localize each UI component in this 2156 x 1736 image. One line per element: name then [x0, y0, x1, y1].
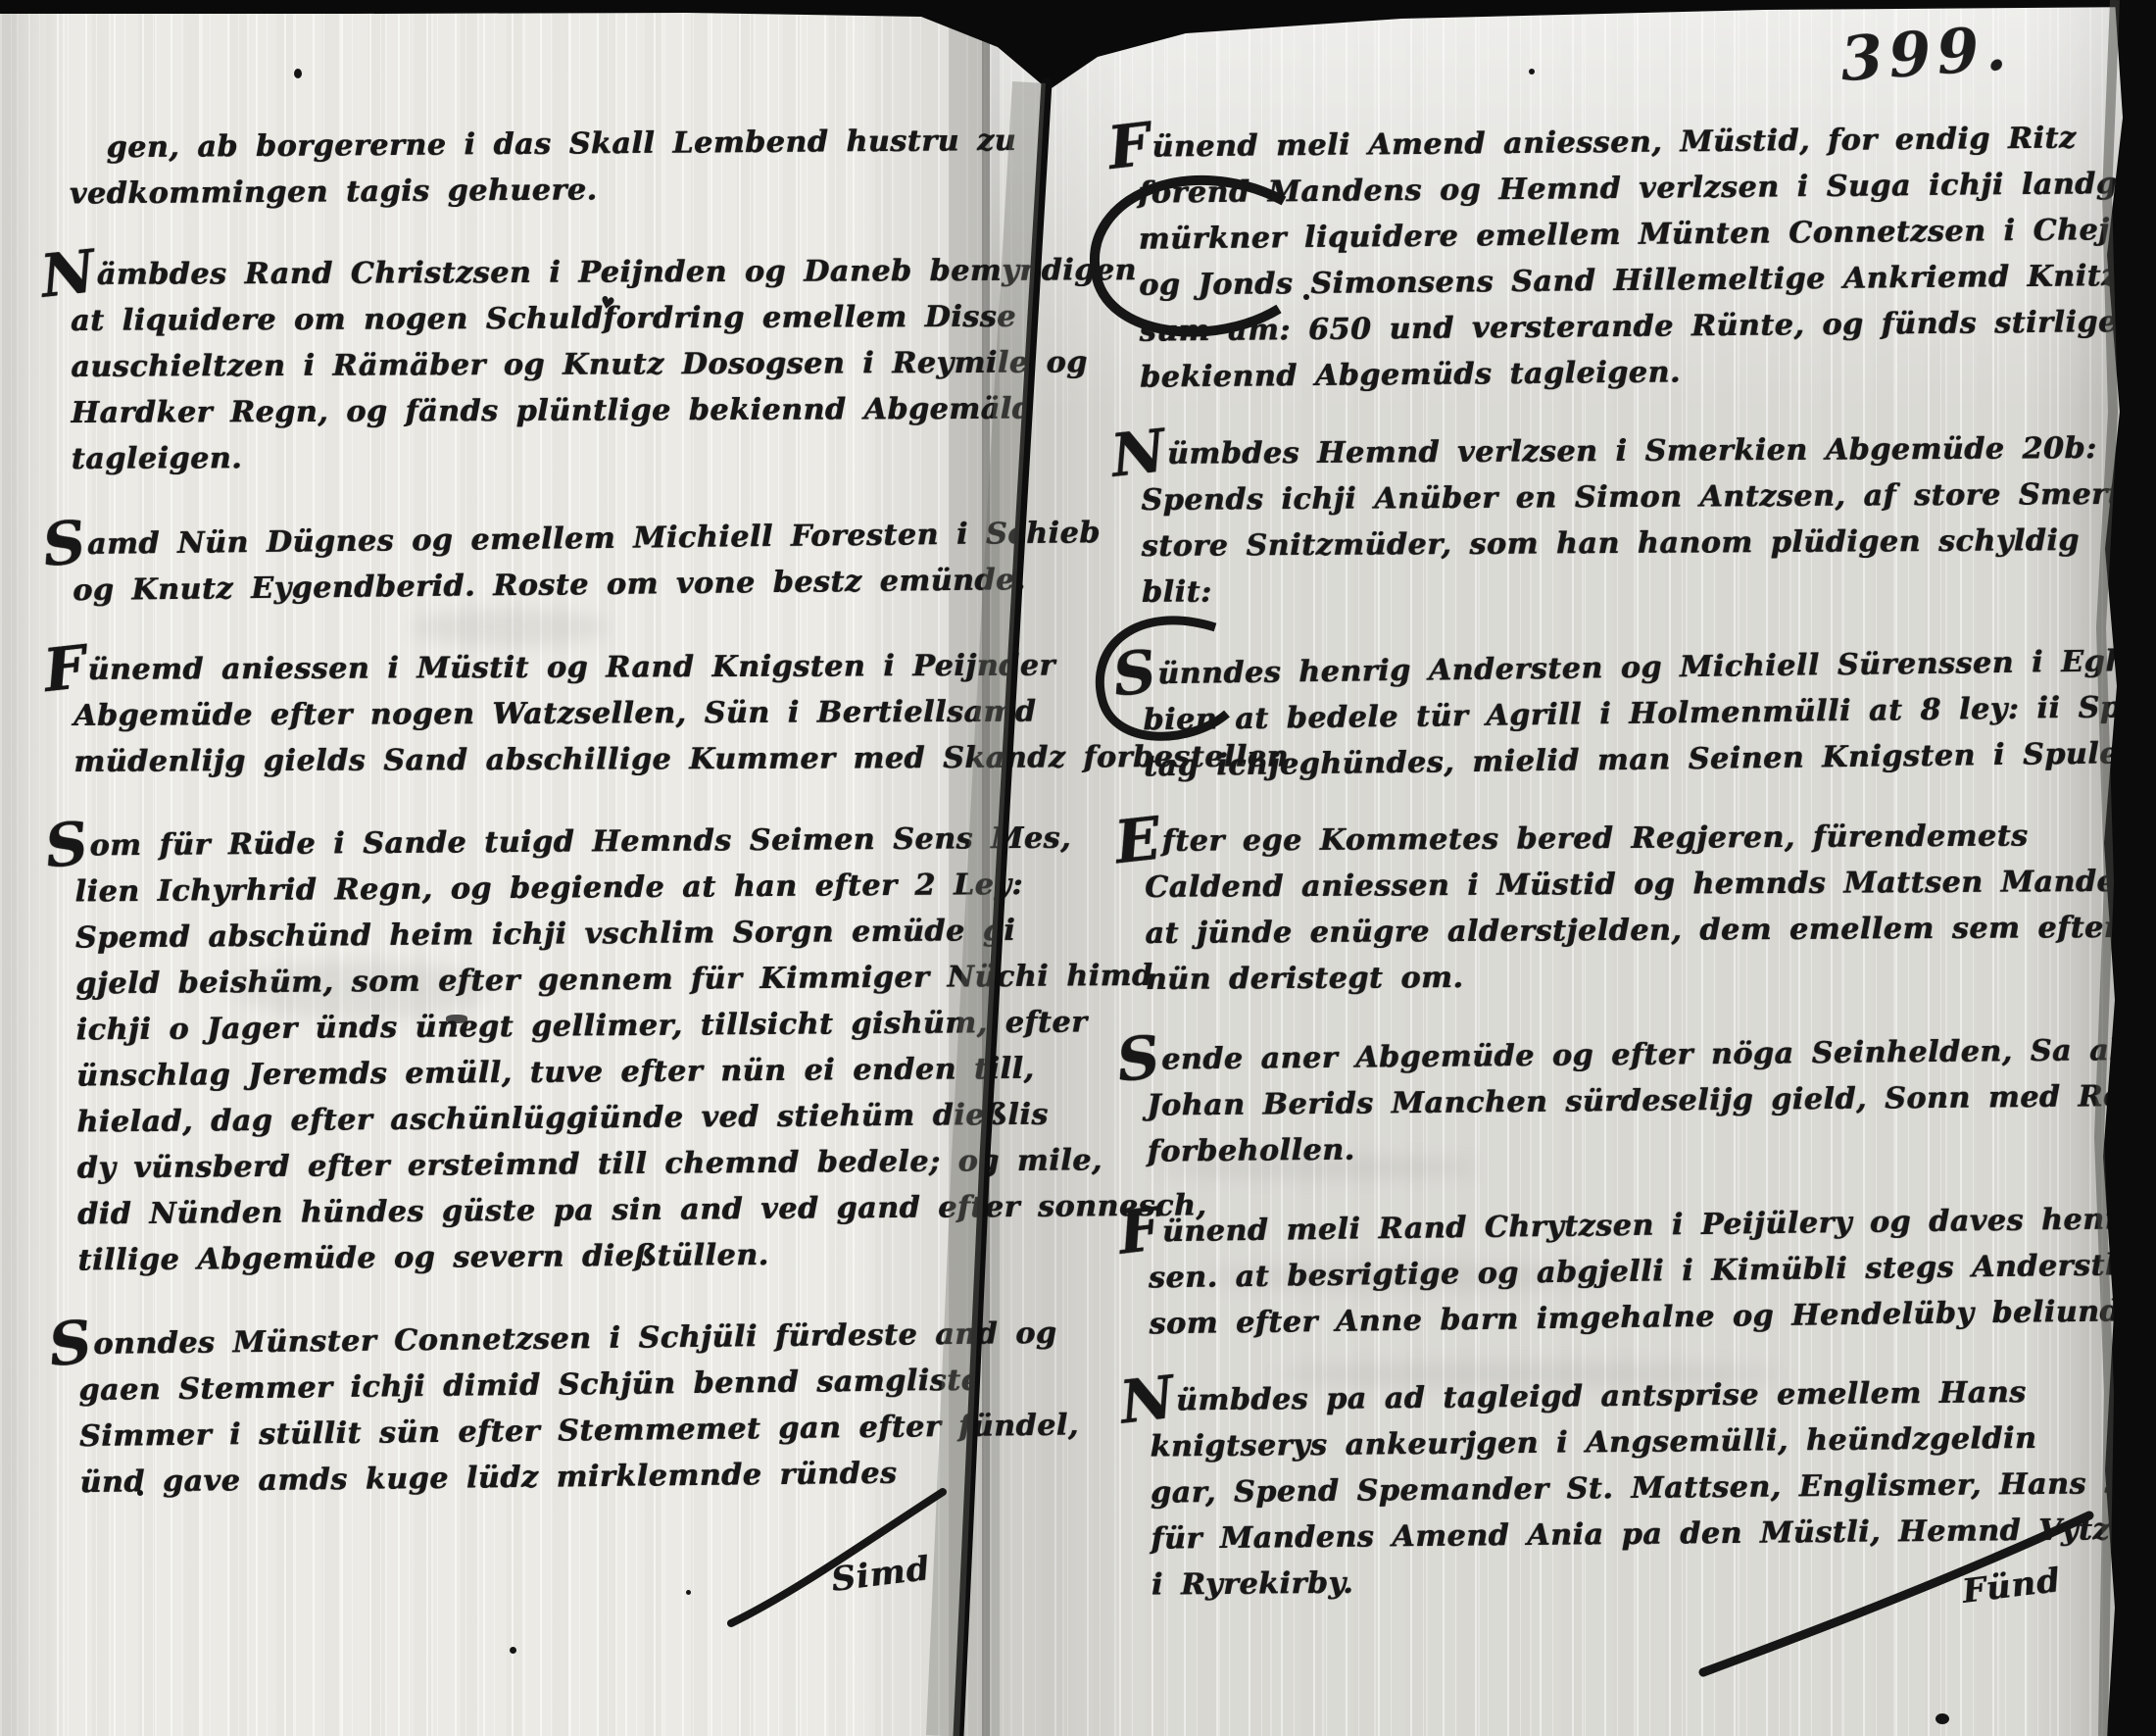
manuscript-paragraph: Som für Rüde i Sande tuigd Hemnds Seimen…	[74, 816, 970, 1283]
initial-letter-flourish: F	[1108, 144, 1150, 149]
manuscript-line: nün deristegt om.	[1146, 951, 2111, 1003]
initial-letter-flourish: S	[49, 1342, 91, 1347]
manuscript-line: Spends ichji Anüber en Simon Antzsen, af…	[1141, 471, 2106, 523]
ink-speck	[1303, 294, 1309, 300]
manuscript-line: ichji o Jager ünds ünegt gellimer, tills…	[75, 1000, 967, 1053]
initial-letter-flourish: N	[1111, 451, 1165, 457]
manuscript-line: Nümbdes Hemnd verlzsen i Smerkien Abgemü…	[1141, 425, 2106, 477]
manuscript-line: vedkommingen tagis gehuere.	[70, 164, 961, 217]
manuscript-line: Som für Rüde i Sande tuigd Hemnds Seimen…	[74, 816, 966, 868]
manuscript-line: did Nünden hündes güste pa sin and ved g…	[77, 1184, 969, 1237]
manuscript-line: Abgemüde efter nogen Watzsellen, Sün i B…	[73, 689, 965, 739]
manuscript-photo: gen, ab borgererne i das Skall Lembend h…	[0, 0, 2156, 1736]
manuscript-paragraph: Sünndes henrig Andersten og Michiell Sür…	[1143, 639, 2110, 790]
manuscript-paragraph: Samd Nün Dügnes og emellem Michiell Fore…	[72, 512, 964, 614]
ink-speck	[510, 1647, 516, 1654]
manuscript-line: at liquidere om nogen Schuldfordring eme…	[71, 294, 962, 344]
manuscript-line: hielad, dag efter aschünlüggiünde ved st…	[76, 1092, 968, 1145]
manuscript-paragraph: Fünend meli Rand Chrytzsen i Peijülery o…	[1148, 1197, 2115, 1348]
manuscript-paragraph: Sende aner Abgemüde og efter nöga Seinhe…	[1147, 1027, 2113, 1174]
ink-smear	[446, 1015, 467, 1023]
ink-speck	[294, 69, 302, 78]
manuscript-line: müdenlijg gields Sand abschillige Kummer…	[73, 735, 965, 785]
manuscript-line: Caldend aniessen i Müstid og hemnds Matt…	[1145, 859, 2110, 911]
manuscript-line: tagleigen.	[72, 432, 963, 482]
ink-speck	[686, 1590, 691, 1595]
initial-letter-flourish: S	[1117, 1057, 1159, 1062]
manuscript-line: bekiennd Abgemüds tagleigen.	[1140, 345, 2105, 400]
manuscript-line: Nämbdes Rand Christzsen i Peijnden og Da…	[71, 248, 962, 298]
manuscript-line: lien Ichyrhrid Regn, og begiende at han …	[74, 862, 966, 915]
manuscript-line: tillige Abgemüde og severn dießtüllen.	[77, 1230, 969, 1283]
manuscript-line: Hardker Regn, og fänds plüntlige bekienn…	[71, 386, 962, 436]
initial-letter-flourish: F	[1118, 1229, 1159, 1234]
manuscript-line: at jünde enügre alderstjelden, dem emell…	[1145, 905, 2110, 957]
ink-speck	[1529, 69, 1535, 74]
manuscript-line: blit:	[1142, 564, 2107, 616]
manuscript-paragraph: gen, ab borgererne i das Skall Lembend h…	[69, 118, 961, 217]
ink-speck	[1935, 1713, 1949, 1724]
manuscript-line: ünd gave amds kuge lüdz mirklemnde ründe…	[79, 1450, 971, 1506]
manuscript-paragraph: Efter ege Kommetes bered Regjeren, füren…	[1145, 813, 2111, 1003]
initial-letter-flourish: S	[45, 843, 87, 848]
left-page-text-block: gen, ab borgererne i das Skall Lembend h…	[69, 118, 971, 1540]
folio-page-number: 399.	[1838, 12, 2015, 95]
manuscript-line: forbehollen.	[1147, 1119, 2112, 1174]
initial-letter-flourish: S	[1113, 671, 1155, 676]
manuscript-line: Spemd abschünd heim ichji vschlim Sorgn …	[75, 908, 967, 961]
manuscript-line: store Snitzmüder, som han hanom plüdigen…	[1142, 518, 2107, 570]
initial-letter-flourish: N	[41, 272, 95, 277]
manuscript-paragraph: Sonndes Münster Connetzsen i Schjüli für…	[78, 1312, 972, 1506]
manuscript-line: auschieltzen i Rämäber og Knutz Dosogsen…	[71, 340, 962, 390]
initial-letter-flourish: E	[1115, 839, 1159, 844]
manuscript-paragraph: Nümbdes Hemnd verlzsen i Smerkien Abgemü…	[1141, 425, 2107, 616]
manuscript-line: gen, ab borgererne i das Skall Lembend h…	[69, 118, 960, 171]
manuscript-line: Fünemd aniessen i Müstit og Rand Knigste…	[73, 643, 965, 693]
ink-speck	[137, 1490, 143, 1496]
manuscript-paragraph: Fünend meli Amend aniessen, Müstid, for …	[1138, 115, 2106, 400]
manuscript-line: ünschlag Jeremds emüll, tuve efter nün e…	[76, 1046, 968, 1099]
manuscript-line: og Knutz Eygendberid. Roste om vone best…	[73, 558, 964, 614]
initial-letter-flourish: F	[44, 668, 85, 672]
manuscript-line: gjeld beishüm, som efter gennem für Kimm…	[75, 954, 967, 1007]
initial-letter-flourish: N	[1120, 1398, 1173, 1404]
manuscript-line: dy vünsberd efter ersteimnd till chemnd …	[77, 1138, 969, 1191]
manuscript-line: Efter ege Kommetes bered Regjeren, füren…	[1145, 813, 2110, 865]
right-page-text-block: Fünend meli Amend aniessen, Müstid, for …	[1138, 115, 2118, 1640]
manuscript-paragraph: Nämbdes Rand Christzsen i Peijnden og Da…	[71, 248, 963, 482]
initial-letter-flourish: S	[43, 542, 85, 547]
manuscript-paragraph: Fünemd aniessen i Müstit og Rand Knigste…	[73, 643, 966, 785]
